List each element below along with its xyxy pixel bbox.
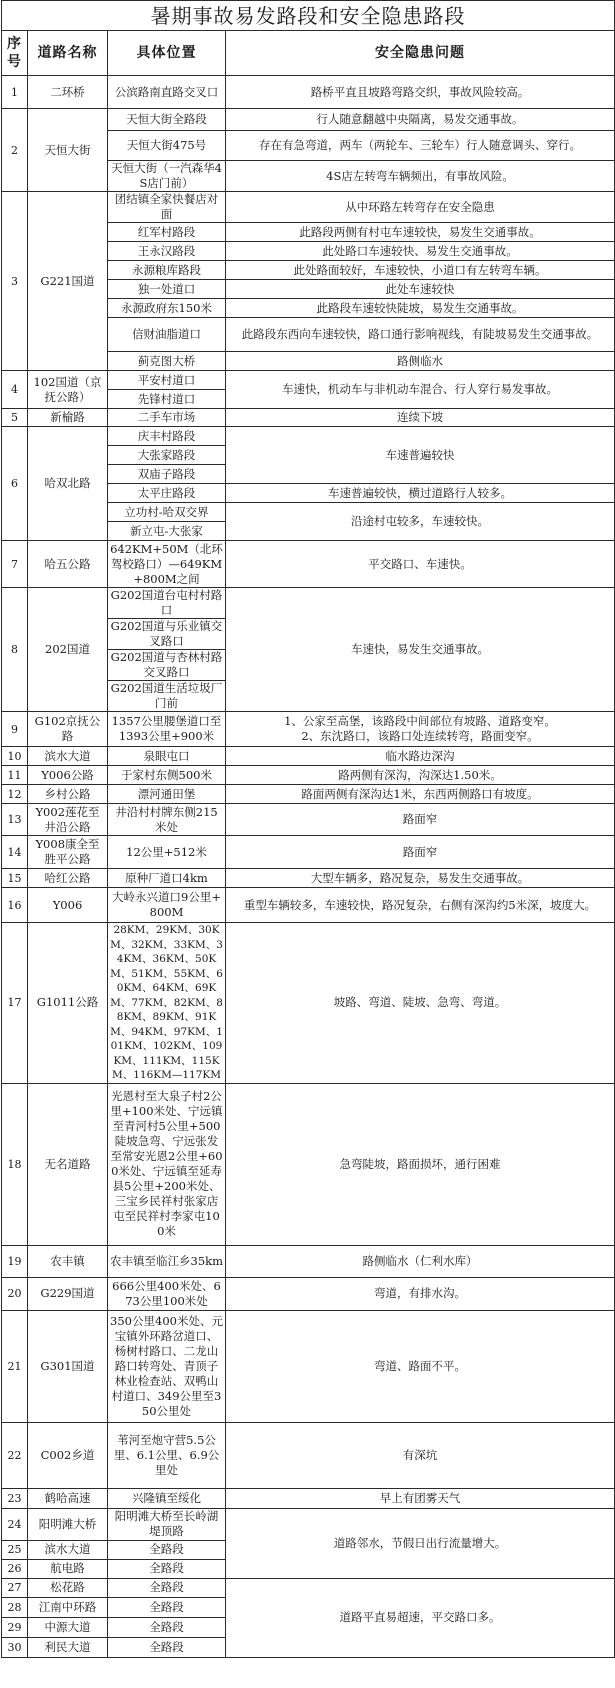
row-issue: 道路平直易超速，平交路口多。 <box>226 1578 615 1657</box>
row-issue: 平交路口、车速快。 <box>226 541 615 588</box>
row-road: 松花路 <box>28 1578 108 1597</box>
table-row: 20 G229国道 666公里400米处、673公里100米处 弯道，有排水沟。 <box>2 1277 615 1310</box>
row-location: 光恩村至大泉子村2公里+100米处、宁远镇至青河村5公里+500陡坡急弯、宁远张… <box>108 1083 226 1245</box>
row-issue: 路侧临水 <box>226 352 615 371</box>
row-issue: 行人随意翻越中央隔离，易发交通事故。 <box>226 109 615 131</box>
row-no: 6 <box>2 427 28 541</box>
row-location: 大张家路段 <box>108 446 226 465</box>
row-location: 立功村-哈双交界 <box>108 503 226 522</box>
row-issue: 从中环路左转弯存在安全隐患 <box>226 192 615 223</box>
row-no: 22 <box>2 1422 28 1488</box>
row-no: 20 <box>2 1277 28 1310</box>
table-row: 9 G102京抚公路 1357公里腰堡道口至1393公里+900米 1、公家至高… <box>2 712 615 747</box>
row-no: 9 <box>2 712 28 747</box>
row-no: 4 <box>2 371 28 409</box>
row-issue: 弯道，有排水沟。 <box>226 1277 615 1310</box>
table-row: 12 乡村公路 漂河通田堡 路面两侧有深沟达1米，东西两侧路口有坡度。 <box>2 785 615 804</box>
row-location: 永源政府东150米 <box>108 299 226 318</box>
row-issue: 路桥平直且坡路弯路交织，事故风险较高。 <box>226 76 615 109</box>
table-row: 14 Y008康全至胜平公路 12公里+512米 路面窄 <box>2 836 615 869</box>
row-issue: 弯道、路面不平。 <box>226 1310 615 1422</box>
row-location: 新立屯-大张家 <box>108 522 226 541</box>
row-no: 14 <box>2 836 28 869</box>
issue-line: 1、公家至高堡，该路段中间部位有坡路、道路变窄。 <box>230 714 610 729</box>
row-no: 18 <box>2 1083 28 1245</box>
row-no: 19 <box>2 1245 28 1277</box>
row-road: 江南中环路 <box>28 1597 108 1617</box>
table-row: 7 哈五公路 642KM+50M（北环驾校路口）—649KM+800M之间 平交… <box>2 541 615 588</box>
row-road: 乡村公路 <box>28 785 108 804</box>
row-location: 大岭永兴道口9公里+800M <box>108 888 226 923</box>
row-road: G221国道 <box>28 192 108 371</box>
row-issue: 此处车速较快 <box>226 280 615 299</box>
table-row: 6 哈双北路 庆丰村路段 车速普遍较快 <box>2 427 615 446</box>
row-road: 航电路 <box>28 1559 108 1578</box>
row-no: 11 <box>2 766 28 785</box>
header-issue: 安全隐患问题 <box>226 31 615 76</box>
row-location: 全路段 <box>108 1578 226 1597</box>
row-no: 5 <box>2 409 28 427</box>
row-location: 独一处道口 <box>108 280 226 299</box>
row-location: 原种厂道口4km <box>108 869 226 888</box>
row-location: 于家村东侧500米 <box>108 766 226 785</box>
row-issue: 连续下坡 <box>226 409 615 427</box>
row-location: 王永汉路段 <box>108 242 226 261</box>
table-row: 15 哈红公路 原种厂道口4km 大型车辆多，路况复杂，易发生交通事故。 <box>2 869 615 888</box>
row-issue: 大型车辆多，路况复杂，易发生交通事故。 <box>226 869 615 888</box>
row-location: 全路段 <box>108 1559 226 1578</box>
row-road: 102国道（京抚公路） <box>28 371 108 409</box>
row-location: 1357公里腰堡道口至1393公里+900米 <box>108 712 226 747</box>
table-row: 11 Y006公路 于家村东侧500米 路两侧有深沟，沟深达1.50米。 <box>2 766 615 785</box>
row-location: 农丰镇至临江乡35km <box>108 1245 226 1277</box>
row-location: 阳明滩大桥至长岭湖堤顶路 <box>108 1508 226 1540</box>
row-location: 苇河至炮守营5.5公里、6.1公里、6.9公里处 <box>108 1422 226 1488</box>
header-row: 序号 道路名称 具体位置 安全隐患问题 <box>2 31 615 76</box>
row-road: G229国道 <box>28 1277 108 1310</box>
row-location: 井沿村村牌东侧215米处 <box>108 804 226 836</box>
row-road: Y008康全至胜平公路 <box>28 836 108 869</box>
header-road: 道路名称 <box>28 31 108 76</box>
row-issue: 路侧临水（仁利水库） <box>226 1245 615 1277</box>
row-location: G202国道与杏林村路交叉路口 <box>108 650 226 681</box>
row-road: 202国道 <box>28 588 108 712</box>
row-location: 兴隆镇至绥化 <box>108 1488 226 1508</box>
row-location: 全路段 <box>108 1597 226 1617</box>
row-location: 先锋村道口 <box>108 390 226 409</box>
row-road: 利民大道 <box>28 1637 108 1657</box>
row-location: 平安村道口 <box>108 371 226 390</box>
row-no: 12 <box>2 785 28 804</box>
row-location: 公滨路南直路交叉口 <box>108 76 226 109</box>
row-location: 团结镇全家快餐店对面 <box>108 192 226 223</box>
row-location: 全路段 <box>108 1617 226 1637</box>
row-issue: 路两侧有深沟，沟深达1.50米。 <box>226 766 615 785</box>
table-row: 10 滨水大道 泉眼屯口 临水路边深沟 <box>2 747 615 766</box>
row-location: 666公里400米处、673公里100米处 <box>108 1277 226 1310</box>
row-location: G202国道台屯村村路口 <box>108 588 226 619</box>
row-road: 中源大道 <box>28 1617 108 1637</box>
row-road: 哈五公路 <box>28 541 108 588</box>
table-row: 2 天恒大街 天恒大街全路段 行人随意翻越中央隔离，易发交通事故。 <box>2 109 615 131</box>
row-road: Y006公路 <box>28 766 108 785</box>
row-issue: 临水路边深沟 <box>226 747 615 766</box>
row-issue: 此路段东西向车速较快，路口通行影响视线，有陡坡易发生交通事故。 <box>226 318 615 352</box>
row-location: 太平庄路段 <box>108 484 226 503</box>
row-location: G202国道与乐业镇交叉路口 <box>108 619 226 650</box>
row-issue: 车速快，易发生交通事故。 <box>226 588 615 712</box>
row-issue: 重型车辆较多，车速较快，路况复杂，右侧有深沟约5米深，坡度大。 <box>226 888 615 923</box>
table-title: 暑期事故易发路段和安全隐患路段 <box>2 1 615 31</box>
row-no: 23 <box>2 1488 28 1508</box>
row-location: 蓟克图大桥 <box>108 352 226 371</box>
row-road: 阳明滩大桥 <box>28 1508 108 1540</box>
row-road: 鹤哈高速 <box>28 1488 108 1508</box>
row-location: 12公里+512米 <box>108 836 226 869</box>
row-no: 13 <box>2 804 28 836</box>
row-issue: 道路邻水，节假日出行流量增大。 <box>226 1508 615 1578</box>
table-row: 18 无名道路 光恩村至大泉子村2公里+100米处、宁远镇至青河村5公里+500… <box>2 1083 615 1245</box>
row-road: Y006 <box>28 888 108 923</box>
table-row: 17 G1011公路 28KM、29KM、30KM、32KM、33KM、34KM… <box>2 923 615 1084</box>
row-issue: 此处路口车速较快、易发生交通事故。 <box>226 242 615 261</box>
row-road: 滨水大道 <box>28 747 108 766</box>
row-no: 30 <box>2 1637 28 1657</box>
row-issue: 车速普遍较快，横过道路行人较多。 <box>226 484 615 503</box>
row-location: 全路段 <box>108 1540 226 1559</box>
row-no: 24 <box>2 1508 28 1540</box>
row-location: 泉眼屯口 <box>108 747 226 766</box>
row-location: 漂河通田堡 <box>108 785 226 804</box>
row-no: 16 <box>2 888 28 923</box>
row-location: G202国道生活垃圾厂门前 <box>108 681 226 712</box>
table-row: 27 松花路 全路段 道路平直易超速，平交路口多。 <box>2 1578 615 1597</box>
row-issue: 坡路、弯道、陡坡、急弯、弯道。 <box>226 923 615 1084</box>
row-no: 15 <box>2 869 28 888</box>
row-location: 信财油脂道口 <box>108 318 226 352</box>
row-no: 25 <box>2 1540 28 1559</box>
row-no: 28 <box>2 1597 28 1617</box>
row-issue: 有深坑 <box>226 1422 615 1488</box>
row-no: 10 <box>2 747 28 766</box>
table-row: 19 农丰镇 农丰镇至临江乡35km 路侧临水（仁利水库） <box>2 1245 615 1277</box>
row-road: 哈双北路 <box>28 427 108 541</box>
row-road: 新榆路 <box>28 409 108 427</box>
row-no: 21 <box>2 1310 28 1422</box>
row-no: 29 <box>2 1617 28 1637</box>
row-location: 天恒大街（一汽森华4S店门前） <box>108 161 226 192</box>
row-road: Y002莲花至井沿公路 <box>28 804 108 836</box>
row-issue: 此路段车速较快陡坡，易发生交通事故。 <box>226 299 615 318</box>
row-issue: 1、公家至高堡，该路段中间部位有坡路、道路变窄。 2、东沈路口，该路口处连续转弯… <box>226 712 615 747</box>
row-road: G1011公路 <box>28 923 108 1084</box>
table-row: 1 二环桥 公滨路南直路交叉口 路桥平直且坡路弯路交织，事故风险较高。 <box>2 76 615 109</box>
table-row: 8 202国道 G202国道台屯村村路口 车速快，易发生交通事故。 <box>2 588 615 619</box>
row-location: 二手车市场 <box>108 409 226 427</box>
row-location: 28KM、29KM、30KM、32KM、33KM、34KM、36KM、50KM、… <box>108 923 226 1084</box>
row-issue: 存在有急弯道，两车（两轮车、三轮车）行人随意调头、穿行。 <box>226 131 615 161</box>
issue-line: 2、东沈路口，该路口处连续转弯，路面变窄。 <box>230 729 610 744</box>
table-row: 16 Y006 大岭永兴道口9公里+800M 重型车辆较多，车速较快，路况复杂，… <box>2 888 615 923</box>
row-no: 1 <box>2 76 28 109</box>
row-location: 红军村路段 <box>108 223 226 242</box>
header-location: 具体位置 <box>108 31 226 76</box>
row-no: 8 <box>2 588 28 712</box>
table-row: 13 Y002莲花至井沿公路 井沿村村牌东侧215米处 路面窄 <box>2 804 615 836</box>
row-issue: 早上有团雾天气 <box>226 1488 615 1508</box>
row-location: 双庙子路段 <box>108 465 226 484</box>
row-location: 永源粮库路段 <box>108 261 226 280</box>
row-issue: 车速普遍较快 <box>226 427 615 484</box>
row-no: 17 <box>2 923 28 1084</box>
row-issue: 沿途村屯较多，车速较快。 <box>226 503 615 541</box>
row-issue: 急弯陡坡，路面损坏，通行困难 <box>226 1083 615 1245</box>
row-issue: 车速快，机动车与非机动车混合、行人穿行易发事故。 <box>226 371 615 409</box>
row-road: 滨水大道 <box>28 1540 108 1559</box>
row-no: 26 <box>2 1559 28 1578</box>
table-row: 23 鹤哈高速 兴隆镇至绥化 早上有团雾天气 <box>2 1488 615 1508</box>
row-location: 全路段 <box>108 1637 226 1657</box>
row-road: 农丰镇 <box>28 1245 108 1277</box>
table-row: 4 102国道（京抚公路） 平安村道口 车速快，机动车与非机动车混合、行人穿行易… <box>2 371 615 390</box>
table-row: 3 G221国道 团结镇全家快餐店对面 从中环路左转弯存在安全隐患 <box>2 192 615 223</box>
hazard-road-table: 暑期事故易发路段和安全隐患路段 序号 道路名称 具体位置 安全隐患问题 1 二环… <box>1 0 615 1658</box>
row-location: 庆丰村路段 <box>108 427 226 446</box>
row-location: 350公里400米处、元宝镇外环路岔道口、杨树村路口、二龙山路口转弯处、青顶子林… <box>108 1310 226 1422</box>
row-issue: 4S店左转弯车辆频出，有事故风险。 <box>226 161 615 192</box>
table-row: 24 阳明滩大桥 阳明滩大桥至长岭湖堤顶路 道路邻水，节假日出行流量增大。 <box>2 1508 615 1540</box>
row-location: 天恒大街475号 <box>108 131 226 161</box>
row-road: 天恒大街 <box>28 109 108 192</box>
row-no: 3 <box>2 192 28 371</box>
table-row: 21 G301国道 350公里400米处、元宝镇外环路岔道口、杨树村路口、二龙山… <box>2 1310 615 1422</box>
row-road: G102京抚公路 <box>28 712 108 747</box>
table-row: 22 C002乡道 苇河至炮守营5.5公里、6.1公里、6.9公里处 有深坑 <box>2 1422 615 1488</box>
row-location: 642KM+50M（北环驾校路口）—649KM+800M之间 <box>108 541 226 588</box>
row-issue: 路面两侧有深沟达1米，东西两侧路口有坡度。 <box>226 785 615 804</box>
row-road: 二环桥 <box>28 76 108 109</box>
row-no: 27 <box>2 1578 28 1597</box>
row-road: C002乡道 <box>28 1422 108 1488</box>
header-no: 序号 <box>2 31 28 76</box>
table-row: 5 新榆路 二手车市场 连续下坡 <box>2 409 615 427</box>
row-road: G301国道 <box>28 1310 108 1422</box>
row-no: 7 <box>2 541 28 588</box>
row-issue: 此路段两侧有村屯车速较快，易发生交通事故。 <box>226 223 615 242</box>
row-no: 2 <box>2 109 28 192</box>
row-issue: 此处路面较好，车速较快，小道口有左转弯车辆。 <box>226 261 615 280</box>
row-location: 天恒大街全路段 <box>108 109 226 131</box>
row-road: 哈红公路 <box>28 869 108 888</box>
row-issue: 路面窄 <box>226 804 615 836</box>
row-issue: 路面窄 <box>226 836 615 869</box>
row-road: 无名道路 <box>28 1083 108 1245</box>
